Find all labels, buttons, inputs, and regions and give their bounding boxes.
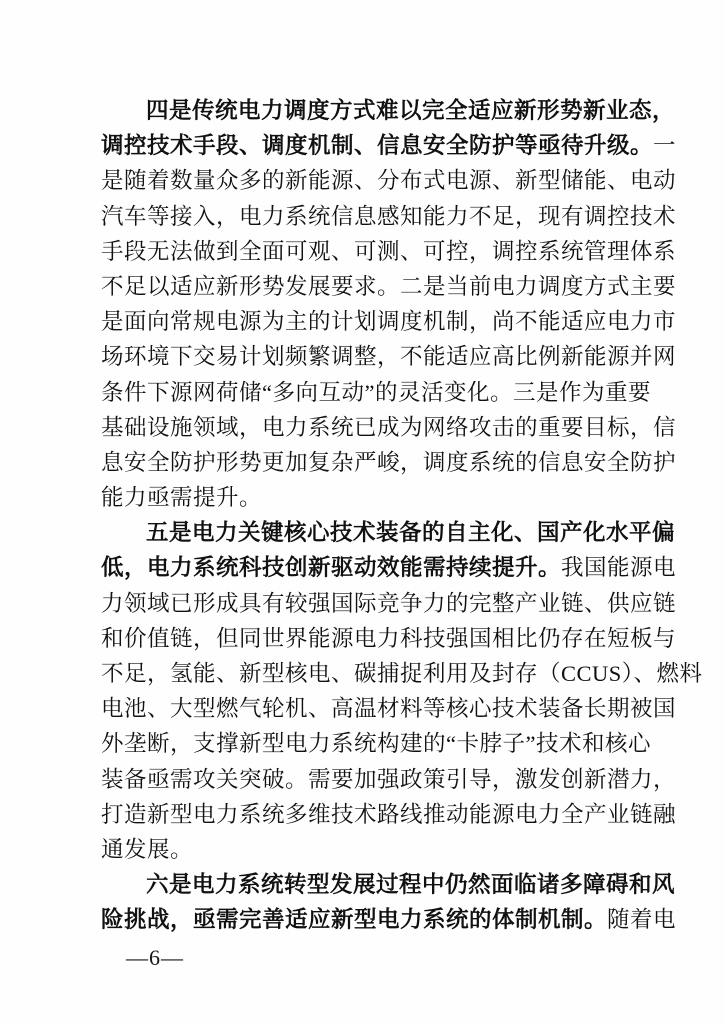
body-text: 场环境下交易计划频繁调整，不能适应高比例新能源并网 [101,344,676,369]
body-text: 通发展。 [101,837,193,862]
emphasis-text: 调控技术手段、调度机制、信息安全防护等亟待升级。 [101,133,653,158]
body-text: 一 [653,133,676,158]
body-text: 电池、大型燃气轮机、高温材料等核心技术装备长期被国 [101,696,676,721]
text-line: 力领域已形成具有较强国际竞争力的完整产业链、供应链 [101,586,620,621]
body-text: 装备亟需攻关突破。需要加强政策引导，激发创新潜力， [101,767,676,792]
body-text: 手段无法做到全面可观、可测、可控，调控系统管理体系 [101,239,676,264]
text-line: 条件下源网荷储“多向互动”的灵活变化。三是作为重要 [101,375,620,410]
text-line: 是随着数量众多的新能源、分布式电源、新型储能、电动 [101,163,620,198]
text-line: 低，电力系统科技创新驱动效能需持续提升。我国能源电 [101,550,620,585]
body-text: 是面向常规电源为主的计划调度机制，尚不能适应电力市 [101,309,676,334]
text-line: 装备亟需攻关突破。需要加强政策引导，激发创新潜力， [101,762,620,797]
text-line: 调控技术手段、调度机制、信息安全防护等亟待升级。一 [101,128,620,163]
body-text: 息安全防护形势更加复杂严峻，调度系统的信息安全防护 [101,450,676,475]
page-number: —6— [126,943,184,973]
text-line: 场环境下交易计划频繁调整，不能适应高比例新能源并网 [101,339,620,374]
body-text: 和价值链，但同世界能源电力科技强国相比仍存在短板与 [101,626,676,651]
text-line: 是面向常规电源为主的计划调度机制，尚不能适应电力市 [101,304,620,339]
emphasis-text: 低，电力系统科技创新驱动效能需持续提升。 [101,555,561,580]
body-text: 外垄断，支撑新型电力系统构建的“卡脖子”技术和核心 [101,731,651,756]
text-line: 六是电力系统转型发展过程中仍然面临诸多障碍和风 [101,867,620,902]
text-line: 险挑战，亟需完善适应新型电力系统的体制机制。随着电 [101,902,620,937]
body-text: 力领域已形成具有较强国际竞争力的完整产业链、供应链 [101,591,676,616]
body-text: 不足，氢能、新型核电、碳捕捉利用及封存（CCUS）、燃料 [101,661,703,686]
emphasis-text: 四是传统电力调度方式难以完全适应新形势新业态， [146,98,675,123]
text-line: 电池、大型燃气轮机、高温材料等核心技术装备长期被国 [101,691,620,726]
text-line: 息安全防护形势更加复杂严峻，调度系统的信息安全防护 [101,445,620,480]
text-line: 五是电力关键核心技术装备的自主化、国产化水平偏 [101,515,620,550]
text-line: 基础设施领域，电力系统已成为网络攻击的重要目标，信 [101,410,620,445]
text-line: 和价值链，但同世界能源电力科技强国相比仍存在短板与 [101,621,620,656]
text-line: 不足以适应新形势发展要求。二是当前电力调度方式主要 [101,269,620,304]
body-text: 汽车等接入，电力系统信息感知能力不足，现有调控技术 [101,204,676,229]
body-text: 我国能源电 [561,555,676,580]
emphasis-text: 险挑战，亟需完善适应新型电力系统的体制机制。 [101,907,607,932]
text-line: 能力亟需提升。 [101,480,620,515]
body-text: 随着电 [607,907,676,932]
body-text: 条件下源网荷储“多向互动”的灵活变化。三是作为重要 [101,380,651,405]
body-text: 打造新型电力系统多维技术路线推动能源电力全产业链融 [101,802,676,827]
body-text: 不足以适应新形势发展要求。二是当前电力调度方式主要 [101,274,676,299]
document-body: 四是传统电力调度方式难以完全适应新形势新业态，调控技术手段、调度机制、信息安全防… [101,93,620,938]
text-line: 打造新型电力系统多维技术路线推动能源电力全产业链融 [101,797,620,832]
body-text: 基础设施领域，电力系统已成为网络攻击的重要目标，信 [101,415,676,440]
emphasis-text: 六是电力系统转型发展过程中仍然面临诸多障碍和风 [146,872,675,897]
text-line: 汽车等接入，电力系统信息感知能力不足，现有调控技术 [101,199,620,234]
body-text: 是随着数量众多的新能源、分布式电源、新型储能、电动 [101,168,676,193]
text-line: 不足，氢能、新型核电、碳捕捉利用及封存（CCUS）、燃料 [101,656,620,691]
text-line: 外垄断，支撑新型电力系统构建的“卡脖子”技术和核心 [101,726,620,761]
body-text: 能力亟需提升。 [101,485,262,510]
emphasis-text: 五是电力关键核心技术装备的自主化、国产化水平偏 [146,520,675,545]
document-page: 四是传统电力调度方式难以完全适应新形势新业态，调控技术手段、调度机制、信息安全防… [0,0,724,1024]
text-line: 手段无法做到全面可观、可测、可控，调控系统管理体系 [101,234,620,269]
text-line: 通发展。 [101,832,620,867]
text-line: 四是传统电力调度方式难以完全适应新形势新业态， [101,93,620,128]
